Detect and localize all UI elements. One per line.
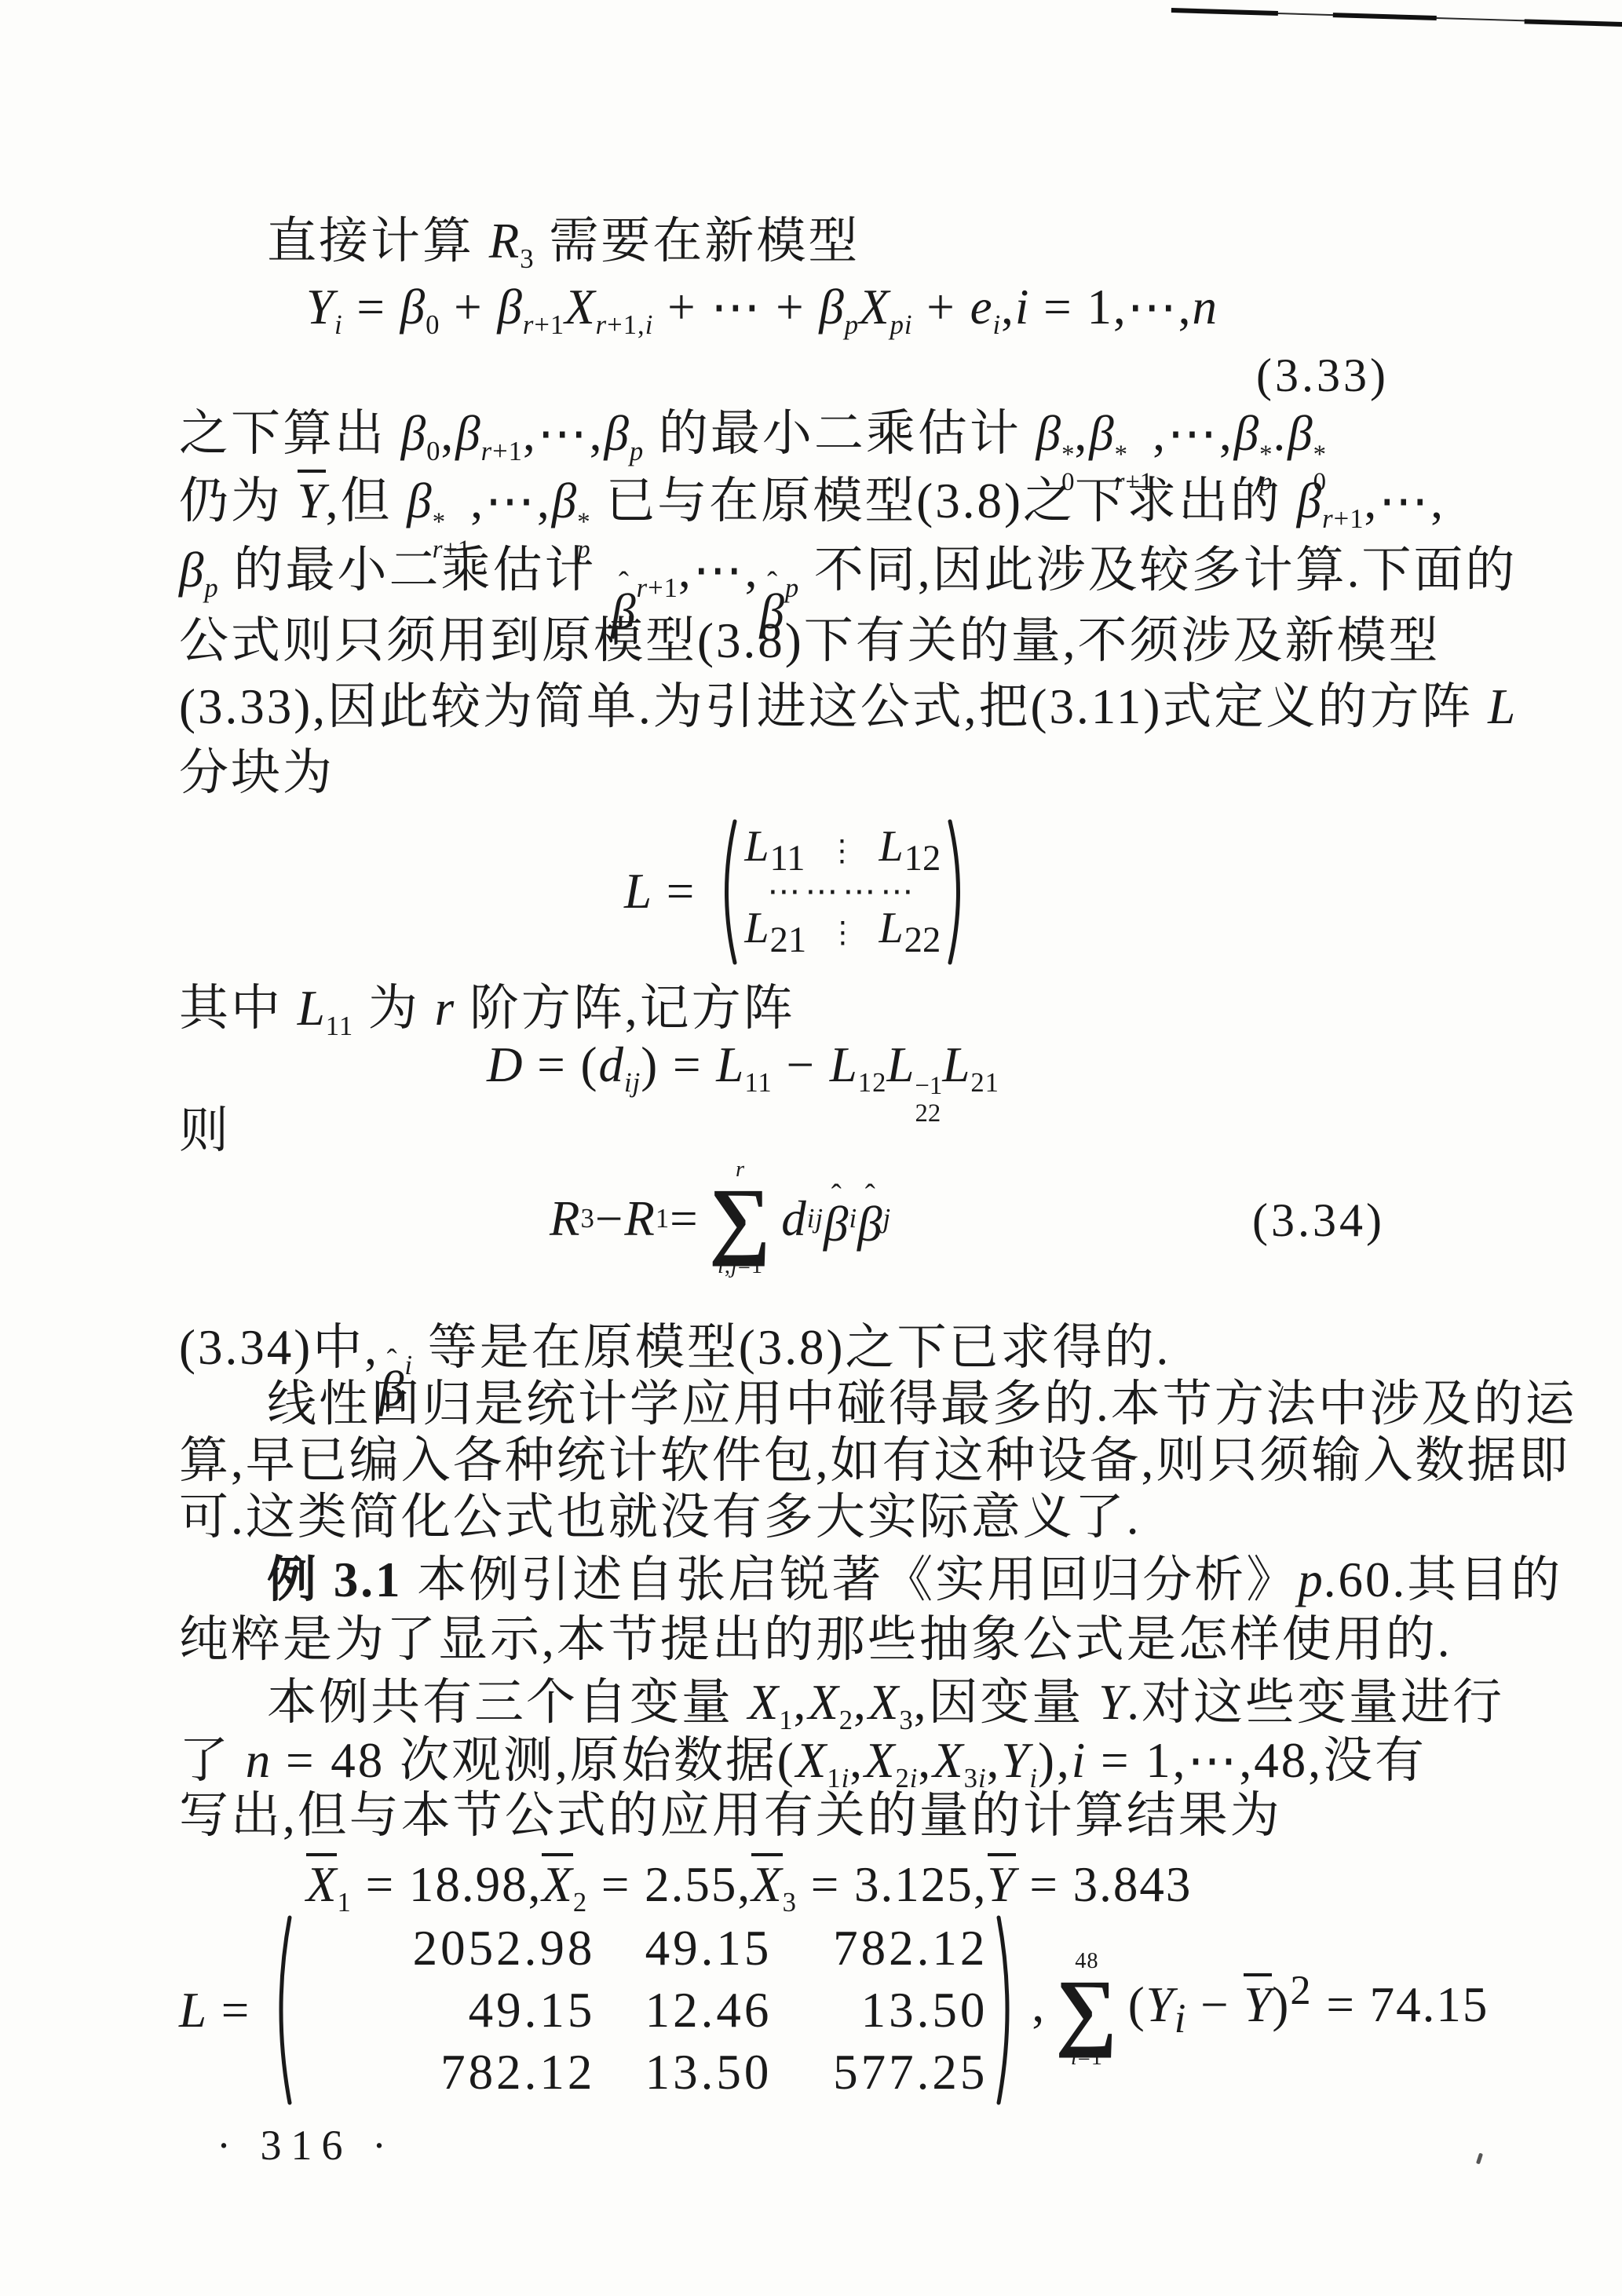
- scan-artifact-segment: [1525, 19, 1622, 27]
- matrix-cell: 49.15: [595, 1920, 772, 1977]
- body-line: 写出,但与本节公式的应用有关的量的计算结果为: [179, 1784, 1282, 1847]
- display-equation-D: D = (dij) = L11 − L12L−122L21: [487, 1033, 999, 1127]
- body-line: 可.这类简化公式也就没有多大实际意义了.: [179, 1486, 1142, 1548]
- matrix-cell-l11: L11: [744, 821, 805, 879]
- matrix-partition-lhs: L =: [624, 863, 696, 920]
- scan-artifact-segment: [1333, 13, 1437, 20]
- body-line: 线性回归是统计学应用中碰得最多的.本节方法中涉及的运: [267, 1373, 1577, 1435]
- body-line: 纯粹是为了显示,本节提出的那些抽象公式是怎样使用的.: [179, 1608, 1452, 1671]
- scan-artifact-line: [1171, 8, 1622, 48]
- matrix-values-grid: 2052.98 49.15 782.12 49.15 12.46 13.50 7…: [301, 1918, 988, 2104]
- page-number: · 316 ·: [217, 2114, 396, 2177]
- book-page: 直接计算 R3 需要在新模型 Yi = β0 + βr+1Xr+1,i + ⋯ …: [0, 0, 1622, 2296]
- matrix-paren-right: [994, 1913, 1021, 2108]
- body-line: 则: [179, 1099, 231, 1162]
- scan-artifact-segment: [1171, 8, 1278, 16]
- matrix-cell: 577.25: [772, 2044, 988, 2101]
- matrix-cell: 782.12: [301, 2044, 595, 2101]
- vertical-dots: ⋮: [827, 833, 857, 868]
- matrix-partition-block: L = L11 ⋮ L12 ⋯⋯⋯⋯ L21 ⋮ L22: [624, 815, 972, 968]
- matrix-paren-right: [945, 817, 972, 967]
- matrix-cell-l22: L22: [879, 903, 941, 961]
- matrix-cell: 782.12: [772, 1920, 988, 1977]
- matrix-cell: 12.46: [595, 1982, 772, 2039]
- scan-speck: [1476, 2153, 1483, 2165]
- display-equation-3-33: Yi = β0 + βr+1Xr+1,i + ⋯ + βpXpi + ei,i …: [306, 276, 1218, 356]
- matrix-cell: 13.50: [595, 2044, 772, 2101]
- example-heading-line: 例 3.1 本例引述自张启锐著《实用回归分析》p.60.其目的: [267, 1548, 1562, 1611]
- sum-expression: ,48∑i=1(Yi − Y)2 = 74.15: [1032, 1949, 1489, 2071]
- matrix-paren-left: [268, 1913, 294, 2108]
- matrix-cell-l21: L21: [744, 903, 806, 961]
- matrix-values-block: L = 2052.98 49.15 782.12 49.15 12.46 13.…: [179, 1910, 1489, 2111]
- equation-label-3-34: (3.34): [1252, 1189, 1385, 1252]
- matrix-cell: 13.50: [772, 1982, 988, 2039]
- matrix-cell: 2052.98: [301, 1920, 595, 1977]
- body-line: 分块为: [179, 741, 334, 804]
- vertical-dots: ⋮: [827, 915, 857, 950]
- body-line: 公式则只须用到原模型(3.8)下有关的量,不须涉及新模型: [179, 609, 1440, 672]
- matrix-cell: 49.15: [301, 1982, 595, 2039]
- matrix-cell-l12: L12: [879, 821, 941, 879]
- display-equation-3-34: R3 − R1 = r∑i,j=1dijˆβiˆβj: [550, 1148, 891, 1289]
- body-line: 算,早已编入各种统计软件包,如有这种设备,则只须输入数据即: [179, 1429, 1570, 1492]
- body-line: (3.33),因此较为简单.为引进这公式,把(3.11)式定义的方阵 L: [179, 675, 1516, 738]
- matrix-partition-grid: L11 ⋮ L12 ⋯⋯⋯⋯ L21 ⋮ L22: [744, 826, 941, 958]
- matrix-values-lhs: L =: [179, 1982, 250, 2039]
- matrix-paren-left: [713, 817, 740, 967]
- equation-label-3-33: (3.33): [1256, 344, 1389, 407]
